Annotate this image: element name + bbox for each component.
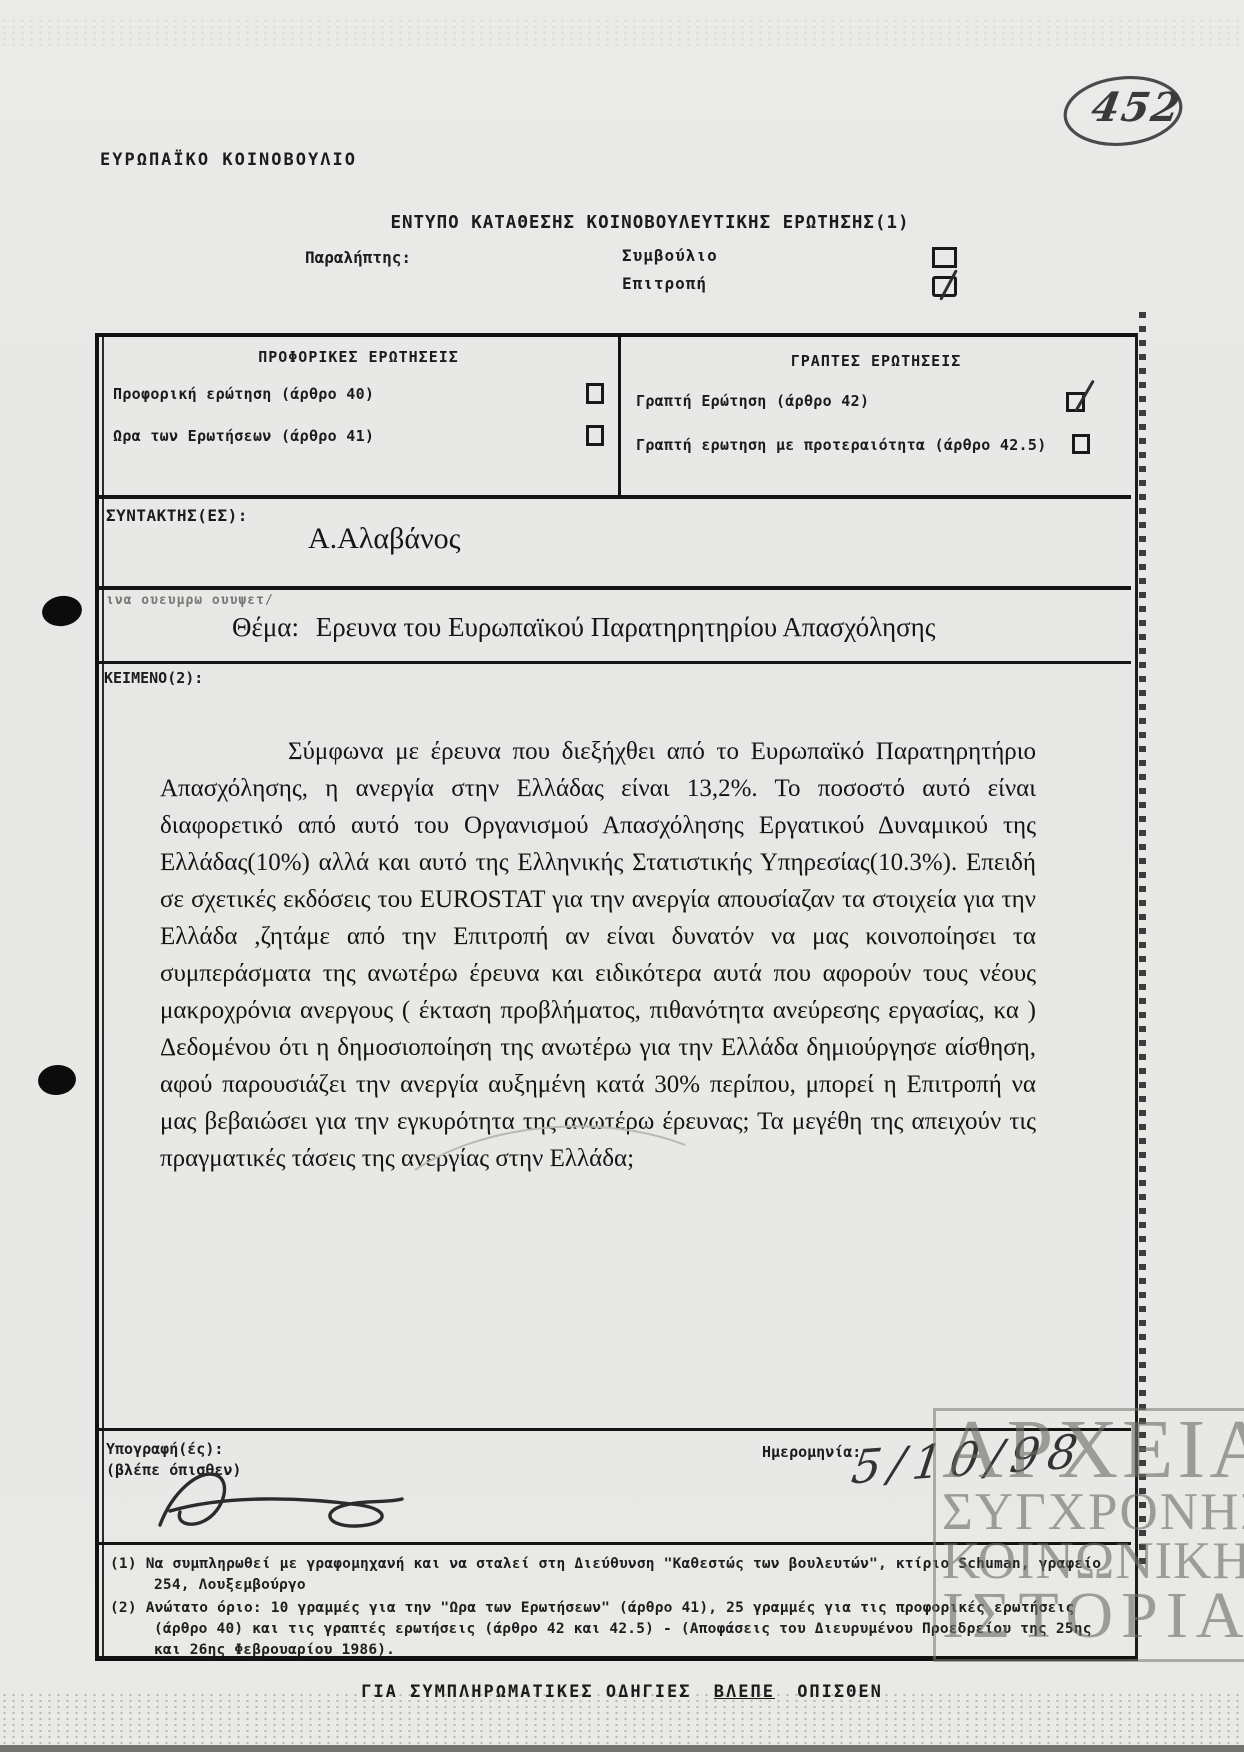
page-number-value: 452 <box>1088 84 1186 131</box>
oral-question-row-2: Ωρα των Ερωτήσεων (άρθρο 41) <box>113 427 374 445</box>
author-name: Α.Αλαβάνος <box>308 522 461 556</box>
date-label: Ημερομηνία: <box>762 1443 861 1461</box>
scan-edge-bottom <box>0 1745 1244 1752</box>
subject-text: Ερευνα του Ευρωπαϊκού Παρατηρητηρίου Απα… <box>316 612 936 642</box>
written-question-row-1: Γραπτή Ερώτηση (άρθρο 42) <box>636 392 869 410</box>
oral-question-row-1-label: Προφορική ερώτηση (άρθρο 40) <box>113 385 374 403</box>
hole-punch-top <box>40 593 84 628</box>
body-label: ΚΕΙΜΕΝΟ(2): <box>104 669 203 687</box>
council-checkbox <box>932 247 957 268</box>
perforation-edge <box>1139 312 1146 1567</box>
signature-stroke <box>130 1455 430 1545</box>
recipient-label: Παραλήπτης: <box>305 248 411 267</box>
written-question-row-2-label: Γραπτή ερωτηση με προτεραιότητα (άρθρο 4… <box>636 436 1047 454</box>
archive-watermark: ΑΡΧΕΙΑ ΣΥΓΧΡΟΝΗΣ ΚΟΙΝΩΝΙΚΗΣ ΙΣΤΟΡΙΑΣ <box>933 1408 1244 1662</box>
divider-under-questions <box>99 495 1131 499</box>
watermark-line-1: ΑΡΧΕΙΑ <box>942 1411 1244 1488</box>
org-title: ΕΥΡΩΠΑΪΚΟ ΚΟΙΝΟΒΟΥΛΙΟ <box>100 150 357 170</box>
oral-question-row-2-checkbox <box>586 425 604 446</box>
oral-question-row-1: Προφορική ερώτηση (άρθρο 40) <box>113 385 374 403</box>
divider-under-author <box>99 586 1131 590</box>
watermark-line-4: ΙΣΤΟΡΙΑΣ <box>942 1586 1244 1647</box>
scan-artifact-curve <box>410 1100 690 1190</box>
footer-instruction: ΓΙΑ ΣΥΜΠΛΗΡΩΜΑΤΙΚΕΣ ΟΔΗΓΙΕΣ ΒΛΕΠΕ ΟΠΙΣΘΕ… <box>222 1682 1022 1702</box>
written-question-row-2-checkbox <box>1072 434 1090 454</box>
footer-instruction-pre: ΓΙΑ ΣΥΜΠΛΗΡΩΜΑΤΙΚΕΣ ΟΔΗΓΙΕΣ <box>361 1682 691 1702</box>
oral-questions-header: ΠΡΟΦΟΡΙΚΕΣ ΕΡΩΤΗΣΕΙΣ <box>99 348 618 366</box>
author-label: ΣΥΝΤΑΚΤΗΣ(ΕΣ): <box>106 506 248 525</box>
watermark-line-2: ΣΥΓΧΡΟΝΗΣ <box>942 1488 1244 1537</box>
recipient-option-council: Συμβούλιο <box>622 246 718 265</box>
hole-punch-bottom <box>37 1063 78 1097</box>
footer-instruction-after: ΟΠΙΣΘΕΝ <box>797 1682 883 1702</box>
written-question-row-1-label: Γραπτή Ερώτηση (άρθρο 42) <box>636 392 869 410</box>
oral-question-row-1-checkbox <box>586 383 604 404</box>
subject-line: Θέμα: Ερευνα του Ευρωπαϊκού Παρατηρητηρί… <box>232 612 935 643</box>
faded-note: ινα ουευμρω ουυψετ/ <box>106 593 274 608</box>
scanned-document-page: { "page_number": "452", "header": { "org… <box>0 0 1244 1752</box>
recipient-option-commission: Επιτροπή <box>622 274 707 293</box>
written-questions-header: ΓΡΑΠΤΕΣ ΕΡΩΤΗΣΕΙΣ <box>621 352 1131 370</box>
subject-label: Θέμα: <box>232 612 299 642</box>
form-title: ΕΝΤΥΠΟ ΚΑΤΑΘΕΣΗΣ ΚΟΙΝΟΒΟΥΛΕΥΤΙΚΗΣ ΕΡΩΤΗΣ… <box>300 213 1000 233</box>
scan-noise-top <box>0 18 1244 48</box>
handwritten-page-number: 452 <box>1058 70 1188 152</box>
oral-question-row-2-label: Ωρα των Ερωτήσεων (άρθρο 41) <box>113 427 374 445</box>
footer-instruction-see: ΒΛΕΠΕ <box>714 1682 775 1702</box>
written-question-row-2: Γραπτή ερωτηση με προτεραιότητα (άρθρο 4… <box>636 436 1047 454</box>
divider-under-subject <box>99 661 1131 664</box>
